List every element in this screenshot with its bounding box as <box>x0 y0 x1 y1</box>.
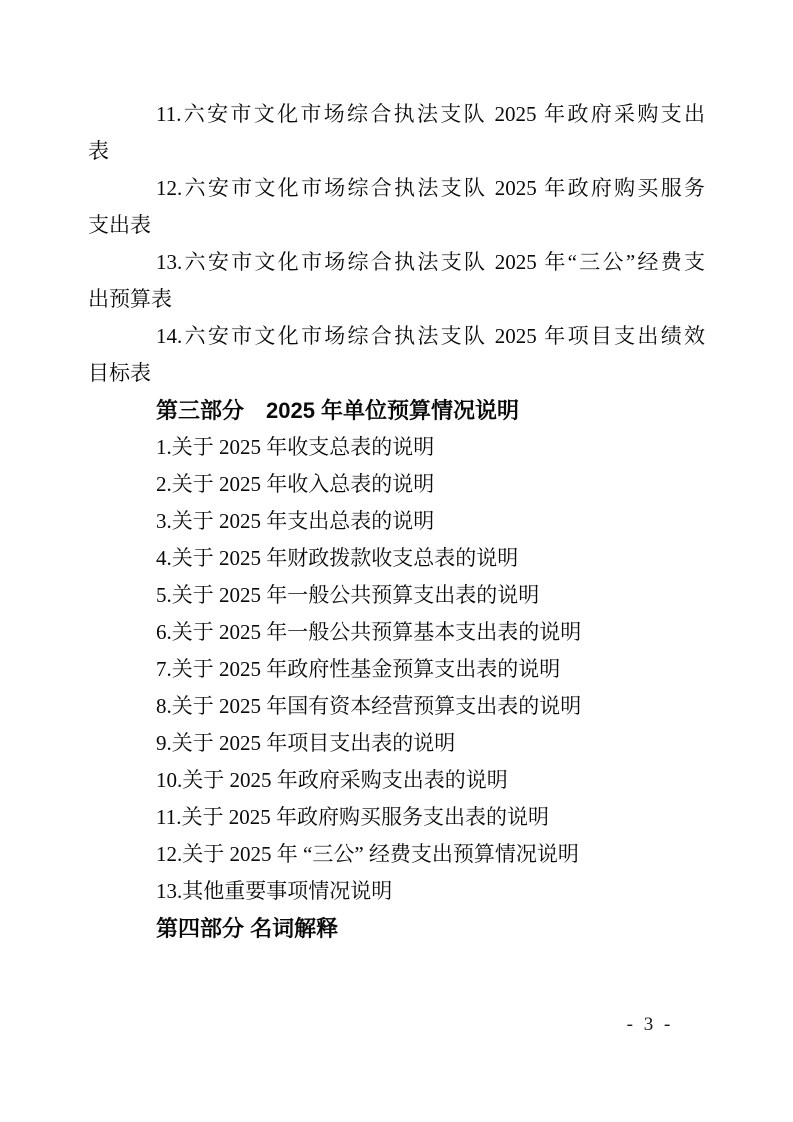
text-line: 3.关于 2025 年支出总表的说明 <box>88 503 705 540</box>
text-line: 10.关于 2025 年政府采购支出表的说明 <box>88 762 705 799</box>
section-heading-part4: 第四部分 名词解释 <box>88 910 705 947</box>
text-line: 2.关于 2025 年收入总表的说明 <box>88 466 705 503</box>
text-line: 12.六安市文化市场综合执法支队 2025 年政府购买服务 <box>88 170 705 207</box>
section-heading-part3: 第三部分 2025 年单位预算情况说明 <box>88 392 705 429</box>
text-line: 6.关于 2025 年一般公共预算基本支出表的说明 <box>88 614 705 651</box>
text-line: 12.关于 2025 年 “三公” 经费支出预算情况说明 <box>88 836 705 873</box>
text-line: 1.关于 2025 年收支总表的说明 <box>88 429 705 466</box>
text-line: 13.其他重要事项情况说明 <box>88 873 705 910</box>
text-line: 4.关于 2025 年财政拨款收支总表的说明 <box>88 540 705 577</box>
text-line: 8.关于 2025 年国有资本经营预算支出表的说明 <box>88 688 705 725</box>
text-line: 出预算表 <box>88 281 705 318</box>
page-number: - 3 - <box>598 1014 702 1036</box>
text-line: 表 <box>88 133 705 170</box>
text-line: 7.关于 2025 年政府性基金预算支出表的说明 <box>88 651 705 688</box>
text-line: 目标表 <box>88 355 705 392</box>
text-line: 11.六安市文化市场综合执法支队 2025 年政府采购支出 <box>88 96 705 133</box>
text-line: 13.六安市文化市场综合执法支队 2025 年“三公”经费支 <box>88 244 705 281</box>
text-line: 11.关于 2025 年政府购买服务支出表的说明 <box>88 799 705 836</box>
text-line: 9.关于 2025 年项目支出表的说明 <box>88 725 705 762</box>
text-line: 支出表 <box>88 207 705 244</box>
document-page: 11.六安市文化市场综合执法支队 2025 年政府采购支出表12.六安市文化市场… <box>0 0 793 1122</box>
document-body: 11.六安市文化市场综合执法支队 2025 年政府采购支出表12.六安市文化市场… <box>88 96 705 947</box>
text-line: 5.关于 2025 年一般公共预算支出表的说明 <box>88 577 705 614</box>
text-line: 14.六安市文化市场综合执法支队 2025 年项目支出绩效 <box>88 318 705 355</box>
